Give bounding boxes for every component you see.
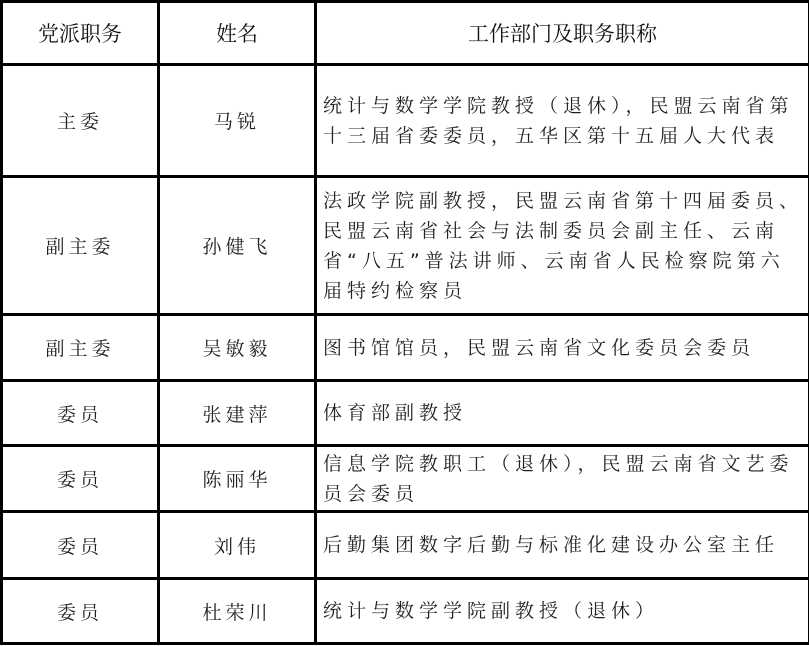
department-cell: 后勤集团数字后勤与标准化建设办公室主任 — [316, 512, 809, 579]
name-cell: 马锐 — [159, 65, 316, 177]
department-cell: 体育部副教授 — [316, 381, 809, 446]
table-row: 副主委 孙健飞 法政学院副教授，民盟云南省第十四届委员、民盟云南省社会与法制委员… — [2, 177, 809, 315]
table-row: 委员 张建萍 体育部副教授 — [2, 381, 809, 446]
party-role-cell: 委员 — [2, 381, 159, 446]
department-cell: 信息学院教职工（退休），民盟云南省文艺委员会委员 — [316, 446, 809, 512]
table-row: 主委 马锐 统计与数学学院教授（退休），民盟云南省第十三届省委委员，五华区第十五… — [2, 65, 809, 177]
table-row: 委员 杜荣川 统计与数学学院副教授（退休） — [2, 579, 809, 644]
department-cell: 统计与数学学院教授（退休），民盟云南省第十三届省委委员，五华区第十五届人大代表 — [316, 65, 809, 177]
name-cell: 陈丽华 — [159, 446, 316, 512]
header-name: 姓名 — [159, 2, 316, 65]
party-role-cell: 副主委 — [2, 315, 159, 381]
name-cell: 吴敏毅 — [159, 315, 316, 381]
department-cell: 图书馆馆员，民盟云南省文化委员会委员 — [316, 315, 809, 381]
header-department-title: 工作部门及职务职称 — [316, 2, 809, 65]
header-party-role: 党派职务 — [2, 2, 159, 65]
name-cell: 张建萍 — [159, 381, 316, 446]
party-role-cell: 副主委 — [2, 177, 159, 315]
department-cell: 统计与数学学院副教授（退休） — [316, 579, 809, 644]
name-cell: 刘伟 — [159, 512, 316, 579]
name-cell: 孙健飞 — [159, 177, 316, 315]
name-cell: 杜荣川 — [159, 579, 316, 644]
department-cell: 法政学院副教授，民盟云南省第十四届委员、民盟云南省社会与法制委员会副主任、云南省… — [316, 177, 809, 315]
committee-table: 党派职务 姓名 工作部门及职务职称 主委 马锐 统计与数学学院教授（退休），民盟… — [0, 0, 809, 645]
table-row: 委员 陈丽华 信息学院教职工（退休），民盟云南省文艺委员会委员 — [2, 446, 809, 512]
table-row: 委员 刘伟 后勤集团数字后勤与标准化建设办公室主任 — [2, 512, 809, 579]
party-role-cell: 主委 — [2, 65, 159, 177]
party-role-cell: 委员 — [2, 579, 159, 644]
header-row: 党派职务 姓名 工作部门及职务职称 — [2, 2, 809, 65]
party-role-cell: 委员 — [2, 446, 159, 512]
party-role-cell: 委员 — [2, 512, 159, 579]
table-row: 副主委 吴敏毅 图书馆馆员，民盟云南省文化委员会委员 — [2, 315, 809, 381]
